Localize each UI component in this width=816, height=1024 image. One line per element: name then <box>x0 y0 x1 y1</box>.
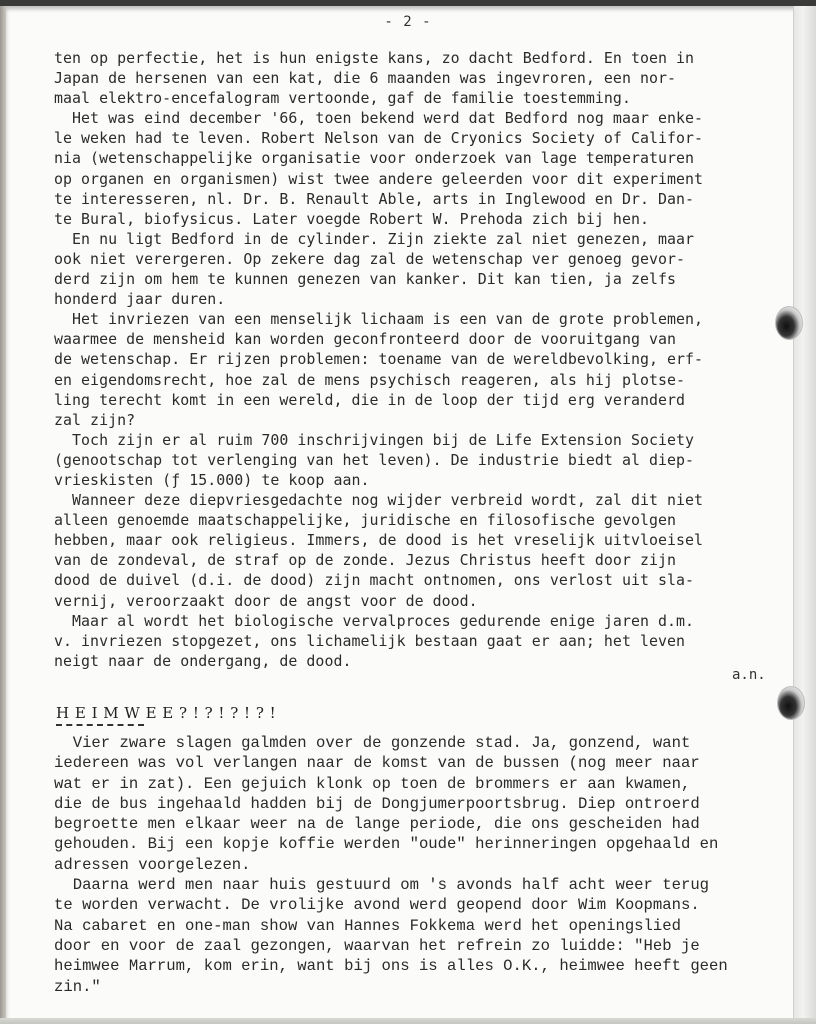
text-line: Vier zware slagen galmden over de gonzen… <box>54 733 794 753</box>
text-line: Wanneer deze diepvriesgedachte nog wijde… <box>54 490 794 510</box>
text-line: maal elektro-encefalogram vertoonde, gaf… <box>54 88 794 108</box>
binder-strip <box>793 6 816 1020</box>
page-number: - 2 - <box>0 14 816 30</box>
heading-underline <box>56 724 144 726</box>
text-line: van de zondeval, de straf op de zonde. J… <box>54 550 794 570</box>
text-line: honderd jaar duren. <box>54 289 794 309</box>
text-line: adressen voorgelezen. <box>54 855 794 875</box>
scan-bottom-edge <box>0 1018 816 1024</box>
text-line: (genootschap tot verlenging van het leve… <box>54 450 794 470</box>
text-line: En nu ligt Bedford in de cylinder. Zijn … <box>54 229 794 249</box>
text-line: zal zijn? <box>54 410 794 430</box>
text-line: vernij, veroorzaakt door de angst voor d… <box>54 591 794 611</box>
text-line: die de bus ingehaald hadden bij de Dongj… <box>54 794 794 814</box>
text-line: iedereen was vol verlangen naar de komst… <box>54 753 794 773</box>
text-line: de wetenschap. Er rijzen problemen: toen… <box>54 349 794 369</box>
text-line: Maar al wordt het biologische vervalproc… <box>54 611 794 631</box>
text-line: nia (wetenschappelijke organisatie voor … <box>54 148 794 168</box>
text-line: heimwee Marrum, kom erin, want bij ons i… <box>54 956 794 976</box>
text-line: ten op perfectie, het is hun enigste kan… <box>54 48 794 68</box>
text-line: gehouden. Bij een kopje koffie werden "o… <box>54 834 794 854</box>
text-line: Na cabaret en one-man show van Hannes Fo… <box>54 916 794 936</box>
author-signature: a.n. <box>732 667 766 683</box>
text-line: dood de duivel (d.i. de dood) zijn macht… <box>54 570 794 590</box>
text-line: zin." <box>54 977 794 997</box>
text-line: te interesseren, nl. Dr. B. Renault Able… <box>54 189 794 209</box>
text-line: ook niet verergeren. Op zekere dag zal d… <box>54 249 794 269</box>
text-line: alleen genoemde maatschappelijke, juridi… <box>54 510 794 530</box>
text-line: Het was eind december '66, toen bekend w… <box>54 108 794 128</box>
text-line: hebben, maar ook religieus. Immers, de d… <box>54 530 794 550</box>
text-line: Daarna werd men naar huis gestuurd om 's… <box>54 875 794 895</box>
text-line: Toch zijn er al ruim 700 inschrijvingen … <box>54 430 794 450</box>
text-line: wat er in zat). Een gejuich klonk op toe… <box>54 774 794 794</box>
text-line: Japan de hersenen van een kat, die 6 maa… <box>54 68 794 88</box>
text-line: waarmee de mensheid kan worden geconfron… <box>54 329 794 349</box>
text-line: neigt naar de ondergang, de dood. <box>54 651 794 671</box>
text-line: op organen en organismen) wist twee ande… <box>54 169 794 189</box>
text-line: le weken had te leven. Robert Nelson van… <box>54 128 794 148</box>
text-line: en eigendomsrecht, hoe zal de mens psych… <box>54 370 794 390</box>
text-line: derd zijn om hem te kunnen genezen van k… <box>54 269 794 289</box>
text-line: vrieskisten (ƒ 15.000) te koop aan. <box>54 470 794 490</box>
text-line: door en voor de zaal gezongen, waarvan h… <box>54 936 794 956</box>
article-heimwee: Vier zware slagen galmden over de gonzen… <box>54 733 794 997</box>
text-line: te worden verwacht. De vrolijke avond we… <box>54 895 794 915</box>
text-line: begroette men elkaar weer na de lange pe… <box>54 814 794 834</box>
text-line: te Bural, biofysicus. Later voegde Rober… <box>54 209 794 229</box>
punch-hole-icon <box>777 686 805 720</box>
article-cryonics: ten op perfectie, het is hun enigste kan… <box>54 48 794 671</box>
article-heading-heimwee: H E I M W E E ? ! ? ! ? ! ? ! <box>56 704 276 722</box>
text-line: ling terecht komt in een wereld, die in … <box>54 390 794 410</box>
text-line: Het invriezen van een menselijk lichaam … <box>54 309 794 329</box>
text-line: v. invriezen stopgezet, ons lichamelijk … <box>54 631 794 651</box>
